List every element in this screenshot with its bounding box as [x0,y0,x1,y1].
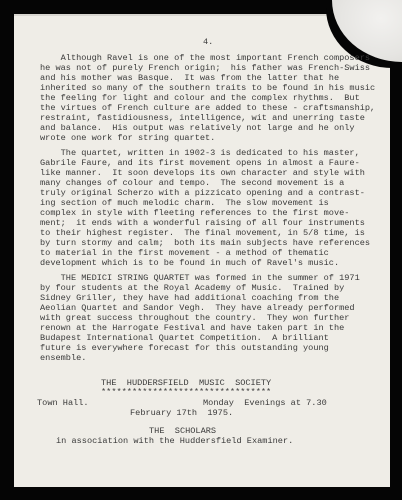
p2-line-1: The quartet, written in 1902-3 is dedica… [40,148,360,158]
p3-line-8: future is everywhere forecast for this o… [40,343,329,353]
p2-line-4: many changes of colour and tempo. The se… [40,178,344,188]
p2-line-11: to material in the first movement - a me… [40,248,329,258]
concert-date: February 17th 1975. [130,408,233,418]
page-number: 4. [203,37,213,47]
p1-line-1: Although Ravel is one of the most import… [40,53,370,63]
p2-line-5: truly original Scherzo with a pizzicato … [40,188,365,198]
p2-line-2: Gabrile Faure, and its first movement op… [40,158,360,168]
p1-line-7: restraint, fastidiousness, intelligence,… [40,113,365,123]
p3-line-4: Aeolian Quartet and Sandor Vegh. They ha… [40,303,355,313]
sponsor-line: in association with the Huddersfield Exa… [56,436,293,446]
schedule: Monday Evenings at 7.30 [203,398,327,408]
p2-line-3: like manner. It soon develops its own ch… [40,168,365,178]
p1-line-9: wrote one work for string quartet. [40,133,215,143]
p3-line-2: by four students at the Royal Academy of… [40,283,344,293]
p1-line-3: and his mother was Basque. It was from t… [40,73,339,83]
sponsor-title: THE SCHOLARS [149,426,216,436]
p2-line-9: to their highest register. The final mov… [40,228,365,238]
p1-line-6: the virtues of French culture are added … [40,103,375,113]
p3-line-1: THE MEDICI STRING QUARTET was formed in … [40,273,360,283]
p3-line-5: with great success throughout the countr… [40,313,349,323]
p3-line-9: ensemble. [40,353,86,363]
p3-line-6: renown at the Harrogate Festival and hav… [40,323,344,333]
p2-line-8: ment; it ends with a wonderful raising o… [40,218,365,228]
p2-line-7: complex in style with fleeting reference… [40,208,349,218]
p2-line-10: by turn stormy and calm; both its main s… [40,238,370,248]
stars-divider: ********************************* [101,387,271,397]
p1-line-4: inherited so many of the southern traits… [40,83,375,93]
p3-line-3: Sidney Griller, they have had additional… [40,293,339,303]
p1-line-2: he was not of purely French origin; his … [40,63,370,73]
p1-line-5: the feeling for light and colour and the… [40,93,360,103]
document-text: 4. Although Ravel is one of the most imp… [0,0,402,500]
p2-line-6: ing section of much melodic charm. The s… [40,198,329,208]
p1-line-8: and balance. His output was relatively n… [40,123,355,133]
p2-line-12: development which is to be found in much… [40,258,339,268]
venue: Town Hall. [37,398,89,408]
p3-line-7: Budapest International Quartet Competiti… [40,333,329,343]
